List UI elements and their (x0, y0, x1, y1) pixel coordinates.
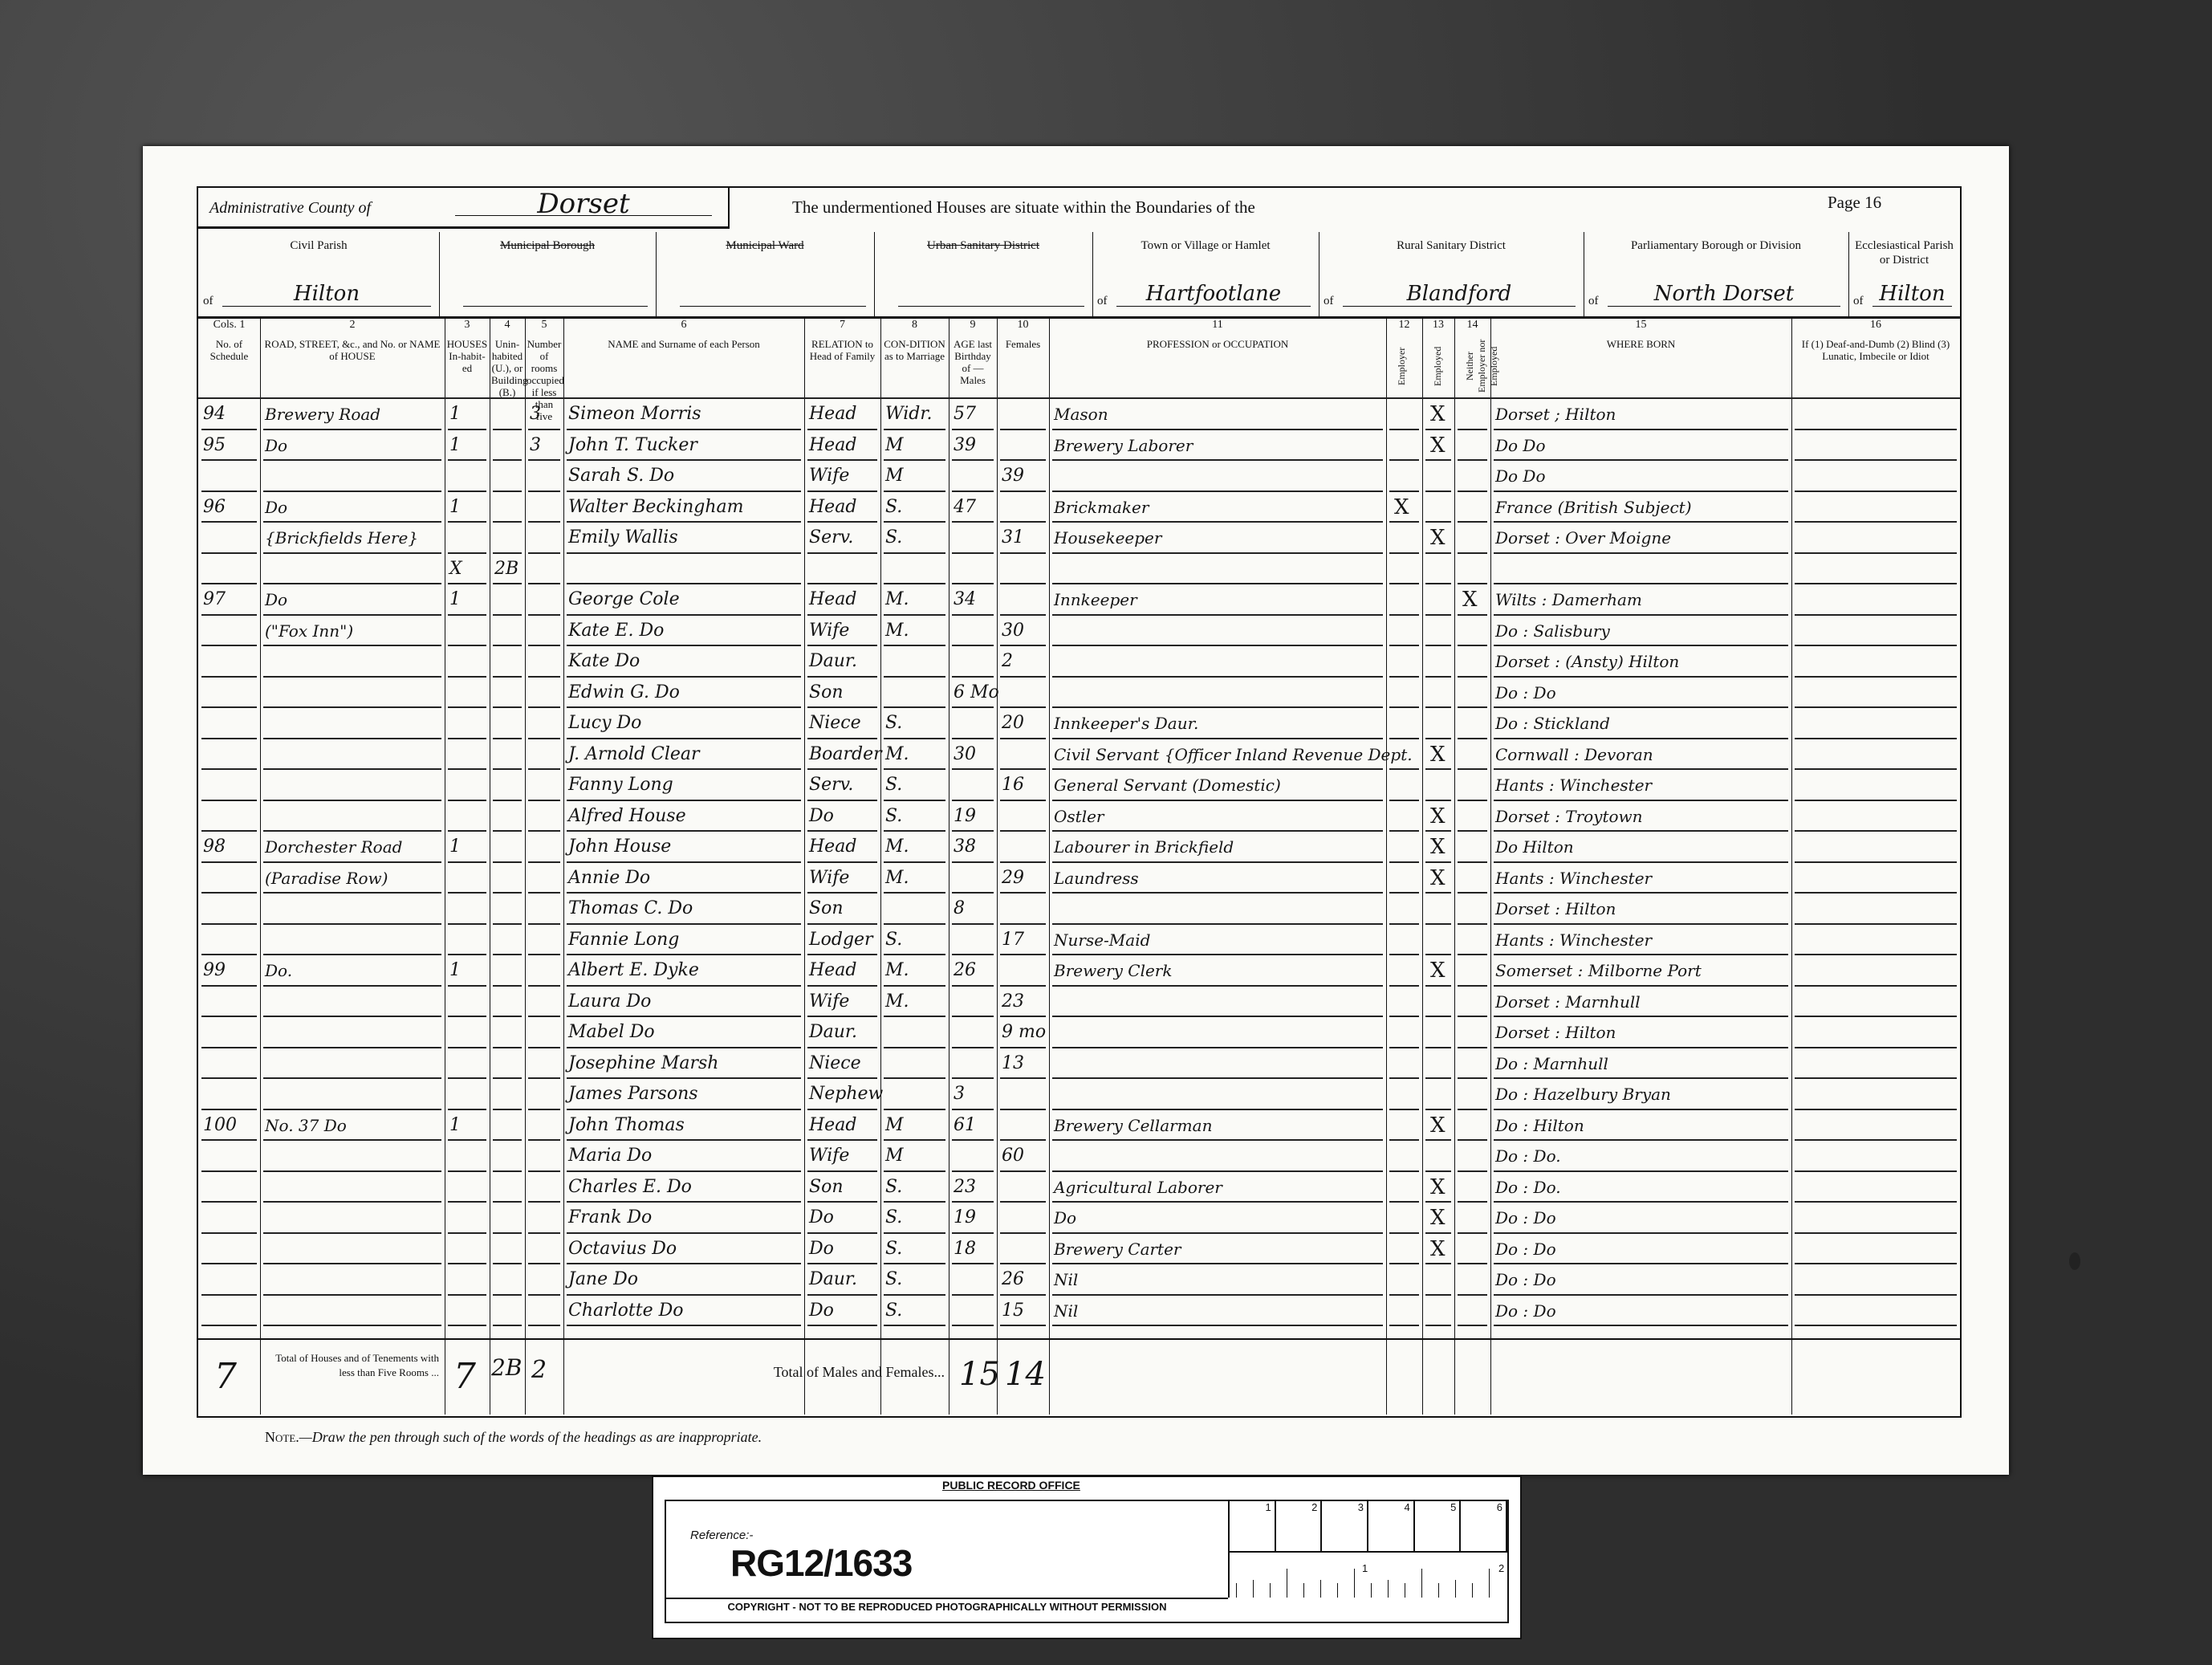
reference-caption: Reference:- (690, 1529, 753, 1542)
cell-relation: Serv. (809, 524, 853, 552)
table-row: 94Brewery Road13Simeon MorrisHeadWidr.57… (198, 399, 1960, 430)
cell-condition: S. (885, 1297, 902, 1325)
total-houses-label: Total of Houses and of Tenements with le… (266, 1351, 439, 1380)
cell-occupation: Mason (1054, 401, 1108, 428)
table-row: Fannie LongLodgerS.17Nurse-MaidHants : W… (198, 925, 1960, 956)
cell-born: Do : Marnhull (1495, 1050, 1608, 1077)
totals-row: 7 Total of Houses and of Tenements with … (198, 1338, 1960, 1416)
cell-name: Kate E. Do (568, 617, 664, 645)
cell-relation: Do (809, 1297, 834, 1325)
cell-age-m: 30 (954, 741, 976, 768)
cell-name: John House (568, 833, 671, 861)
scale-tick (1472, 1583, 1473, 1598)
scale-inches: 12 (1230, 1553, 1507, 1598)
cell-born: Somerset : Milborne Port (1495, 957, 1702, 984)
form-header: Administrative County of Dorset The unde… (198, 188, 1960, 316)
cell-condition: M (885, 1112, 904, 1139)
cell-employed: X (1430, 1112, 1446, 1139)
table-row: Kate DoDaur.2Dorset : (Ansty) Hilton (198, 646, 1960, 678)
cell-employed: X (1430, 833, 1446, 861)
form-note: Note.—Draw the pen through such of the w… (265, 1429, 762, 1446)
row-line (567, 1325, 801, 1326)
scale-tick (1337, 1583, 1338, 1598)
cell-relation: Daur. (809, 1019, 857, 1046)
cell-born: Do Hilton (1495, 833, 1574, 861)
cell-born: Dorset : Hilton (1495, 1019, 1616, 1046)
table-row: {Brickfields Here}Emily WallisServ.S.31H… (198, 523, 1960, 554)
cell-age-m: 8 (954, 895, 965, 922)
county-value: Dorset (455, 188, 712, 216)
cell-name: Maria Do (568, 1142, 652, 1170)
area-civil-parish: Civil Parish of Hilton (198, 232, 440, 316)
cell-born: Do : Do (1495, 1236, 1556, 1263)
row-line (1000, 1325, 1046, 1326)
reference-label: PUBLIC RECORD OFFICE Reference:- RG12/16… (652, 1476, 1522, 1639)
area-municipal-ward: Municipal Ward (656, 232, 875, 316)
cell-occupation: Do (1054, 1204, 1076, 1231)
row-line (952, 1325, 994, 1326)
cell-born: Dorset : Over Moigne (1495, 524, 1671, 552)
cell-name: Lucy Do (568, 710, 641, 737)
cell-age-m: 23 (954, 1174, 976, 1201)
cell-condition: S. (885, 1236, 902, 1263)
cell-relation: Boarder (809, 741, 882, 768)
cell-relation: Do (809, 1236, 834, 1263)
cell-occupation: Brewery Carter (1054, 1236, 1181, 1263)
column-number: 6 (563, 319, 804, 332)
cell-age-f: 31 (1002, 524, 1024, 552)
column-heading: PROFESSION or OCCUPATION (1051, 338, 1385, 350)
cell-occupation: General Servant (Domestic) (1054, 771, 1281, 799)
cell-age-f: 29 (1002, 865, 1024, 892)
scale-inch-mark: 1 (1362, 1562, 1368, 1574)
row-line (201, 1325, 257, 1326)
cell-age-f: 26 (1002, 1266, 1024, 1293)
cell-condition: S. (885, 524, 902, 552)
column-headers: Cols. 1No. of Schedule2ROAD, STREET, &c.… (198, 319, 1960, 399)
cell-born: Dorset ; Hilton (1495, 401, 1616, 428)
cell-name: John Thomas (568, 1112, 685, 1139)
column-heading: ROAD, STREET, &c., and No. or NAME of HO… (262, 338, 443, 362)
row-line (1425, 1325, 1451, 1326)
scale-cm-mark: 1 (1230, 1501, 1276, 1551)
cell-relation: Nephew (809, 1081, 883, 1108)
cell-name: John T. Tucker (568, 432, 697, 459)
cell-employed: X (1430, 401, 1446, 428)
cell-relation: Head (809, 586, 856, 613)
column-heading: AGE last Birthday of — Males (950, 338, 995, 386)
cell-address: (Paradise Row) (265, 865, 388, 892)
area-municipal-borough: Municipal Borough (439, 232, 657, 316)
row-line (1052, 1325, 1383, 1326)
cell-relation: Daur. (809, 1266, 857, 1293)
cell-born: Dorset : Marnhull (1495, 988, 1641, 1016)
cell-occupation: Innkeeper's Daur. (1054, 710, 1198, 737)
cell-age-m: 38 (954, 833, 976, 861)
reference-box: Reference:- RG12/1633 COPYRIGHT - NOT TO… (665, 1500, 1509, 1623)
cell-address: Do. (265, 957, 292, 984)
cell-schedule: 94 (203, 401, 226, 428)
cell-born: Cornwall : Devoran (1495, 741, 1653, 768)
cell-name: Mabel Do (568, 1019, 655, 1046)
cell-age-m: 61 (954, 1112, 976, 1139)
table-row: J. Arnold ClearBoarderM.30Civil Servant … (198, 739, 1960, 771)
column-number: Cols. 1 (198, 319, 260, 332)
cell-rooms: 3 (530, 432, 541, 459)
cell-age-f: 2 (1002, 648, 1013, 675)
cell-name: Sarah S. Do (568, 462, 674, 490)
scale-tick (1489, 1569, 1490, 1598)
cell-employed: X (1430, 1204, 1446, 1231)
column-heading: WHERE BORN (1492, 338, 1790, 350)
cell-condition: M (885, 1142, 904, 1170)
column-number: 3 (445, 319, 490, 332)
column-number: 7 (804, 319, 880, 332)
cell-relation: Wife (809, 1142, 849, 1170)
column-heading: NAME and Surname of each Person (565, 338, 803, 350)
row-line (807, 1325, 877, 1326)
cell-condition: S. (885, 926, 902, 954)
cell-relation: Do (809, 803, 834, 830)
cell-name: Fanny Long (568, 771, 673, 799)
cell-address: Do (265, 586, 287, 613)
cell-condition: M. (885, 833, 909, 861)
cell-relation: Head (809, 957, 856, 984)
cell-occupation: Nurse-Maid (1054, 926, 1150, 954)
cell-employed: X (1430, 865, 1446, 892)
cell-address: No. 37 Do (265, 1112, 347, 1139)
cell-name: Simeon Morris (568, 401, 701, 428)
cell-occupation: Brickmaker (1054, 494, 1149, 521)
cell-relation: Son (809, 679, 844, 706)
table-row: Laura DoWifeM.23Dorset : Marnhull (198, 987, 1960, 1018)
cell-relation: Wife (809, 865, 849, 892)
cell-condition: S. (885, 494, 902, 521)
cell-relation: Do (809, 1204, 834, 1231)
column-number: 16 (1791, 319, 1960, 332)
cell-age-f: 9 mo (1002, 1019, 1046, 1046)
cell-born: Do : Hazelbury Bryan (1495, 1081, 1671, 1108)
cell-employed: X (1430, 803, 1446, 830)
scale-tick (1236, 1583, 1237, 1598)
cell-name: Jane Do (568, 1266, 638, 1293)
cell-name: Walter Beckingham (568, 494, 744, 521)
cell-born: Do : Do. (1495, 1142, 1561, 1170)
column-number: 4 (490, 319, 525, 332)
form-title: The undermentioned Houses are situate wi… (792, 197, 1255, 218)
table-row: Lucy DoNieceS.20Innkeeper's Daur.Do : St… (198, 708, 1960, 739)
administrative-county: Administrative County of Dorset (198, 188, 730, 229)
cell-name: Frank Do (568, 1204, 652, 1231)
cell-age-m: 39 (954, 432, 976, 459)
cell-employed: X (1430, 957, 1446, 984)
scale-cm-mark: 6 (1461, 1501, 1507, 1551)
table-row: Charlotte DoDoS.15NilDo : Do (198, 1296, 1960, 1327)
cell-inhabited: 1 (449, 1112, 461, 1139)
cell-born: Do : Do (1495, 1204, 1556, 1231)
cell-name: Charles E. Do (568, 1174, 692, 1201)
area-ecclesiastical-parish: Ecclesiastical Parish or District of Hil… (1848, 232, 1960, 316)
cell-age-m: 18 (954, 1236, 976, 1263)
cell-relation: Wife (809, 988, 849, 1016)
cell-born: Do : Do (1495, 679, 1556, 706)
cell-employed: X (1430, 524, 1446, 552)
cell-age-m: 19 (954, 803, 976, 830)
cell-condition: M. (885, 865, 909, 892)
column-number: 2 (260, 319, 445, 332)
total-schedules: 7 (214, 1356, 237, 1397)
table-row: Josephine MarshNiece13Do : Marnhull (198, 1048, 1960, 1080)
cell-born: Dorset : Hilton (1495, 895, 1616, 922)
cell-born: Do : Stickland (1495, 710, 1610, 737)
cell-name: Thomas C. Do (568, 895, 693, 922)
cell-age-m: 3 (954, 1081, 965, 1108)
cell-occupation: Labourer in Brickfield (1054, 833, 1234, 861)
cell-born: Hants : Winchester (1495, 865, 1652, 892)
cell-age-m: 34 (954, 586, 976, 613)
column-number: 5 (525, 319, 563, 332)
cell-relation: Head (809, 432, 856, 459)
cell-employer: X (1394, 494, 1409, 521)
cell-born: Do Do (1495, 432, 1546, 459)
scale-tick (1405, 1583, 1405, 1598)
cell-age-f: 16 (1002, 771, 1024, 799)
cell-age-m: 26 (954, 957, 976, 984)
table-row: X2B (198, 554, 1960, 585)
cell-relation: Head (809, 833, 856, 861)
cell-relation: Wife (809, 462, 849, 490)
cell-name: J. Arnold Clear (568, 741, 700, 768)
cell-condition: M. (885, 988, 909, 1016)
column-heading: If (1) Deaf-and-Dumb (2) Blind (3) Lunat… (1793, 338, 1958, 362)
cell-employed: X (1430, 1174, 1446, 1201)
cell-name: James Parsons (568, 1081, 698, 1108)
cell-occupation: Civil Servant {Officer Inland Revenue De… (1054, 741, 1413, 768)
scale-tick (1303, 1583, 1304, 1598)
cell-condition: M. (885, 957, 909, 984)
table-row: James ParsonsNephew3Do : Hazelbury Bryan (198, 1079, 1960, 1110)
column-number: 14 (1454, 319, 1490, 332)
cell-age-f: 17 (1002, 926, 1024, 954)
scale-tick (1270, 1583, 1271, 1598)
scale-tick (1438, 1583, 1439, 1598)
area-urban-sanitary-district: Urban Sanitary District (874, 232, 1093, 316)
copyright-notice: COPYRIGHT - NOT TO BE REPRODUCED PHOTOGR… (666, 1598, 1228, 1613)
cell-relation: Son (809, 895, 844, 922)
page-number: Page 16 (1828, 193, 1881, 213)
cell-age-f: 15 (1002, 1297, 1024, 1325)
cell-age-f: 39 (1002, 462, 1024, 490)
scale-cm-mark: 4 (1368, 1501, 1415, 1551)
cell-condition: S. (885, 710, 902, 737)
scale-cm: 123456 (1230, 1501, 1507, 1553)
column-number: 8 (880, 319, 949, 332)
row-line (1458, 1325, 1487, 1326)
cell-condition: S. (885, 771, 902, 799)
scale-tick (1421, 1569, 1422, 1598)
cell-occupation: Laundress (1054, 865, 1139, 892)
cell-occupation: Ostler (1054, 803, 1104, 830)
measuring-scale: 123456 12 (1228, 1501, 1507, 1598)
column-heading: Females (998, 338, 1047, 350)
table-row: Thomas C. DoSon8Dorset : Hilton (198, 894, 1960, 925)
area-hamlet: Town or Village or Hamlet of Hartfootlan… (1092, 232, 1319, 316)
cell-condition: M (885, 432, 904, 459)
cell-address: {Brickfields Here} (265, 524, 418, 552)
cell-age-m: 47 (954, 494, 976, 521)
total-uninhabited: 2B (491, 1354, 522, 1381)
table-row: 97Do1George ColeHeadM.34InnkeeperXWilts … (198, 584, 1960, 616)
cell-relation: Wife (809, 617, 849, 645)
scale-cm-mark: 2 (1276, 1501, 1323, 1551)
cell-condition: M. (885, 586, 909, 613)
cell-condition: S. (885, 803, 902, 830)
table-row: ("Fox Inn")Kate E. DoWifeM.30Do : Salisb… (198, 616, 1960, 647)
cell-born: Wilts : Damerham (1495, 586, 1642, 613)
column-number: 12 (1386, 319, 1422, 332)
cell-age-m: 19 (954, 1204, 976, 1231)
cell-schedule: 97 (203, 586, 226, 613)
column-number: 13 (1422, 319, 1454, 332)
cell-condition: M (885, 462, 904, 490)
cell-address: Dorchester Road (265, 833, 402, 861)
row-line (1795, 1325, 1957, 1326)
area-rural-sanitary-district: Rural Sanitary District of Blandford (1319, 232, 1584, 316)
reference-number: RG12/1633 (730, 1541, 912, 1585)
cell-born: Hants : Winchester (1495, 926, 1652, 954)
cell-born: Do Do (1495, 462, 1546, 490)
cell-inhabited: 1 (449, 586, 461, 613)
cell-schedule: 96 (203, 494, 226, 521)
cell-rooms: 3 (530, 401, 541, 428)
total-rooms: 2 (531, 1356, 547, 1384)
scale-inch-mark: 2 (1498, 1562, 1504, 1574)
office-name: PUBLIC RECORD OFFICE (942, 1479, 1080, 1492)
cell-condition: M. (885, 617, 909, 645)
cell-age-f: 60 (1002, 1142, 1024, 1170)
cell-employed: X (1430, 432, 1446, 459)
table-row: Mabel DoDaur.9 moDorset : Hilton (198, 1017, 1960, 1048)
cell-address: Do (265, 432, 287, 459)
cell-address: Do (265, 494, 287, 521)
cell-relation: Serv. (809, 771, 853, 799)
cell-born: France (British Subject) (1495, 494, 1692, 521)
cell-age-m: 6 Mo (954, 679, 999, 706)
cell-relation: Niece (809, 710, 861, 737)
scale-tick (1455, 1580, 1456, 1598)
cell-age-m: 57 (954, 401, 976, 428)
cell-occupation: Agricultural Laborer (1054, 1174, 1222, 1201)
table-row: Frank DoDoS.19DoXDo : Do (198, 1203, 1960, 1234)
table-row: Charles E. DoSonS.23Agricultural Laborer… (198, 1172, 1960, 1203)
cell-relation: Daur. (809, 648, 857, 675)
cell-name: Charlotte Do (568, 1297, 684, 1325)
table-row: Sarah S. DoWifeM39Do Do (198, 461, 1960, 492)
scale-cm-mark: 3 (1322, 1501, 1368, 1551)
cell-inhabited: 1 (449, 432, 461, 459)
cell-inhabited: 1 (449, 401, 461, 428)
table-row: Fanny LongServ.S.16General Servant (Dome… (198, 770, 1960, 801)
cell-name: Fannie Long (568, 926, 679, 954)
column-number: 15 (1490, 319, 1791, 332)
cell-born: Dorset : Troytown (1495, 803, 1643, 830)
county-label: Administrative County of (209, 199, 371, 218)
cell-schedule: 98 (203, 833, 226, 861)
cell-born: Hants : Winchester (1495, 771, 1652, 799)
cell-name: George Cole (568, 586, 680, 613)
cell-relation: Head (809, 494, 856, 521)
table-row: Alfred HouseDoS.19OstlerXDorset : Troyto… (198, 801, 1960, 832)
cell-born: Do : Hilton (1495, 1112, 1584, 1139)
row-line (884, 1325, 945, 1326)
column-heading: Employer (1396, 338, 1408, 394)
table-row: Maria DoWifeM60Do : Do. (198, 1141, 1960, 1172)
column-heading: No. of Schedule (200, 338, 258, 362)
cell-occupation: Housekeeper (1054, 524, 1161, 552)
column-heading: Employed (1432, 338, 1444, 394)
column-heading: RELATION to Head of Family (806, 338, 879, 362)
total-persons-label: Total of Males and Females... (760, 1364, 945, 1381)
cell-name: Edwin G. Do (568, 679, 680, 706)
cell-inhabited: X (449, 556, 462, 583)
cell-condition: S. (885, 1204, 902, 1231)
scale-tick (1287, 1569, 1287, 1598)
cell-employed: X (1430, 741, 1446, 768)
table-row: 99Do.1Albert E. DykeHeadM.26Brewery Cler… (198, 955, 1960, 987)
table-row: Edwin G. DoSon6 MoDo : Do (198, 678, 1960, 709)
census-form: Administrative County of Dorset The unde… (197, 186, 1962, 1418)
cell-born: Do : Do (1495, 1297, 1556, 1325)
cell-born: Dorset : (Ansty) Hilton (1495, 648, 1679, 675)
table-row: 95Do13John T. TuckerHeadM39Brewery Labor… (198, 430, 1960, 462)
table-row: 96Do1Walter BeckinghamHeadS.47Brickmaker… (198, 492, 1960, 523)
cell-relation: Niece (809, 1050, 861, 1077)
scale-cm-mark: 5 (1415, 1501, 1462, 1551)
table-row: (Paradise Row)Annie DoWifeM.29LaundressX… (198, 863, 1960, 894)
cell-name: Emily Wallis (568, 524, 678, 552)
column-heading: CON-DITION as to Marriage (882, 338, 947, 362)
cell-address: ("Fox Inn") (265, 617, 353, 645)
scale-tick (1320, 1580, 1321, 1598)
cell-occupation: Brewery Cellarman (1054, 1112, 1212, 1139)
scale-tick (1354, 1569, 1355, 1598)
cell-born: Do : Salisbury (1495, 617, 1610, 645)
table-row: 98Dorchester Road1John HouseHeadM.38Labo… (198, 832, 1960, 863)
column-number: 11 (1049, 319, 1386, 332)
column-heading: Unin-habited (U.), or Building (B.) (491, 338, 523, 398)
total-inhabited: 7 (453, 1356, 476, 1397)
cell-schedule: 95 (203, 432, 226, 459)
cell-inhabited: 1 (449, 494, 461, 521)
table-row: Octavius DoDoS.18Brewery CarterXDo : Do (198, 1234, 1960, 1265)
cell-age-f: 20 (1002, 710, 1024, 737)
cell-name: Alfred House (568, 803, 686, 830)
row-line (448, 1325, 486, 1326)
cell-address: Brewery Road (265, 401, 380, 428)
cell-relation: Lodger (809, 926, 873, 954)
cell-relation: Son (809, 1174, 844, 1201)
cell-name: Laura Do (568, 988, 651, 1016)
cell-occupation: Brewery Clerk (1054, 957, 1172, 984)
cell-schedule: 100 (203, 1112, 237, 1139)
total-females: 14 (1005, 1356, 1046, 1393)
cell-schedule: 99 (203, 957, 226, 984)
cell-condition: S. (885, 1174, 902, 1201)
area-parliamentary-division: Parliamentary Borough or Division of Nor… (1584, 232, 1849, 316)
cell-relation: Head (809, 401, 856, 428)
cell-condition: M. (885, 741, 909, 768)
scale-tick (1253, 1580, 1254, 1598)
